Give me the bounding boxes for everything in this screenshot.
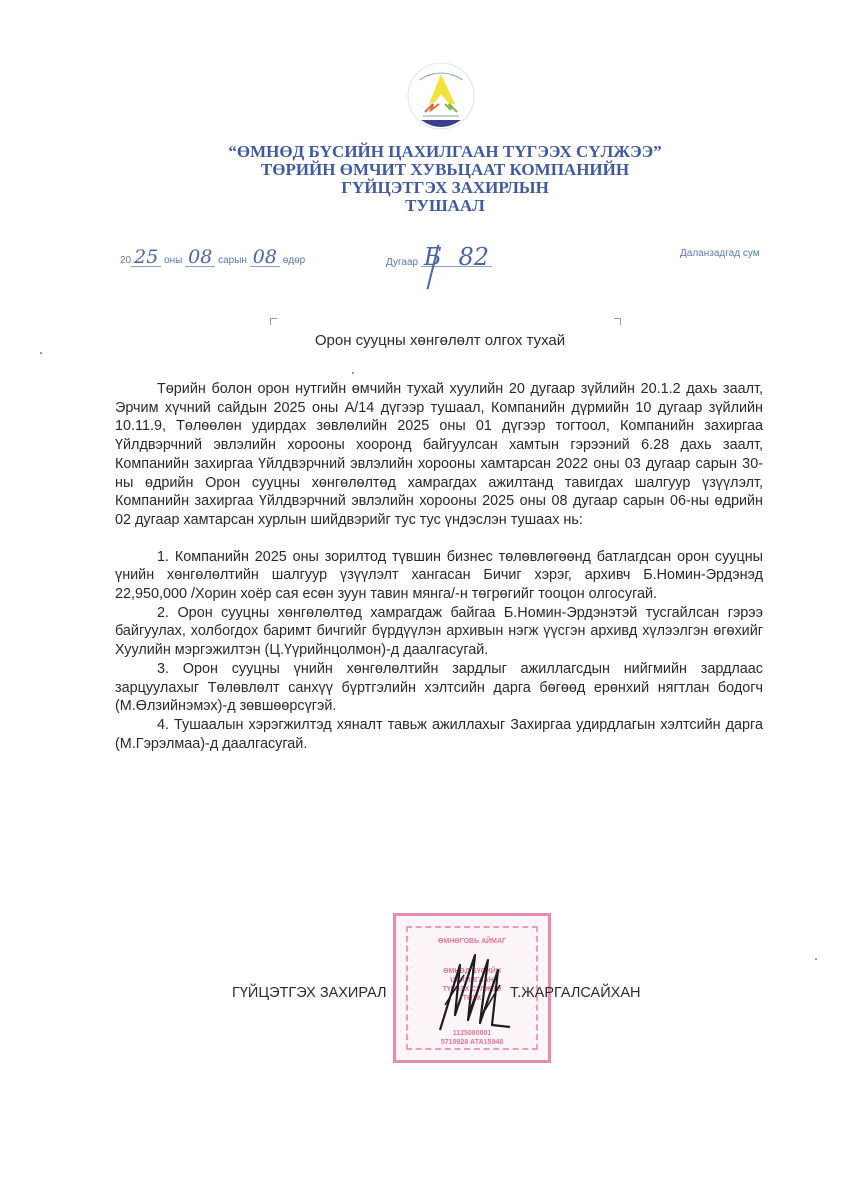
document-date: 2025 оны 08 сарын 08 өдөр	[120, 248, 305, 267]
document-number: Дугаар Б82	[386, 248, 492, 268]
number-label: Дугаар	[386, 257, 418, 268]
header-company-type: ТӨРИЙН ӨМЧИТ ХУВЬЦААТ КОМПАНИЙН	[180, 161, 710, 179]
year-suffix: оны	[164, 255, 182, 266]
day-suffix: өдөр	[283, 255, 306, 266]
title-corner-mark-left	[270, 318, 277, 325]
scan-speck	[40, 352, 42, 354]
signatory-position: ГҮЙЦЭТГЭХ ЗАХИРАЛ	[232, 985, 387, 1001]
scan-speck	[815, 958, 817, 960]
order-item-4: 4. Тушаалын хэрэгжилтэд хяналт тавьж ажи…	[115, 716, 763, 753]
preamble-paragraph: Төрийн болон орон нутгийн өмчийн тухай х…	[115, 380, 763, 530]
order-item-1: 1. Компанийн 2025 оны зорилтод түвшин би…	[115, 548, 763, 604]
company-header: “ӨМНӨД БҮСИЙН ЦАХИЛГААН ТҮГЭЭХ СҮЛЖЭЭ” Т…	[180, 143, 710, 215]
header-doc-type: ТУШААЛ	[180, 197, 710, 215]
number-handwritten-series: Б	[421, 248, 456, 267]
year-handwritten: 25	[131, 248, 161, 267]
title-corner-mark-right	[614, 318, 621, 325]
header-office: ГҮЙЦЭТГЭХ ЗАХИРЛЫН	[180, 179, 710, 197]
document-title: Орон сууцны хөнгөлөлт олгох тухай	[230, 332, 650, 349]
header-company-name: “ӨМНӨД БҮСИЙН ЦАХИЛГААН ТҮГЭЭХ СҮЛЖЭЭ”	[180, 143, 710, 161]
year-prefix: 20	[120, 255, 131, 266]
month-handwritten: 08	[185, 248, 215, 267]
month-suffix: сарын	[218, 255, 247, 266]
document-body: Төрийн болон орон нутгийн өмчийн тухай х…	[115, 380, 763, 753]
document-place: Даланзадгад сум	[680, 248, 760, 259]
number-handwritten-value: 82	[456, 248, 493, 267]
handwritten-signature-icon	[420, 935, 530, 1045]
order-item-3: 3. Орон сууцны үнийн хөнгөлөлтийн зардлы…	[115, 660, 763, 716]
scan-speck	[352, 372, 354, 374]
day-handwritten: 08	[250, 248, 280, 267]
order-item-2: 2. Орон сууцны хөнгөлөлтөд хамрагдаж бай…	[115, 604, 763, 660]
company-logo-icon	[405, 58, 477, 134]
